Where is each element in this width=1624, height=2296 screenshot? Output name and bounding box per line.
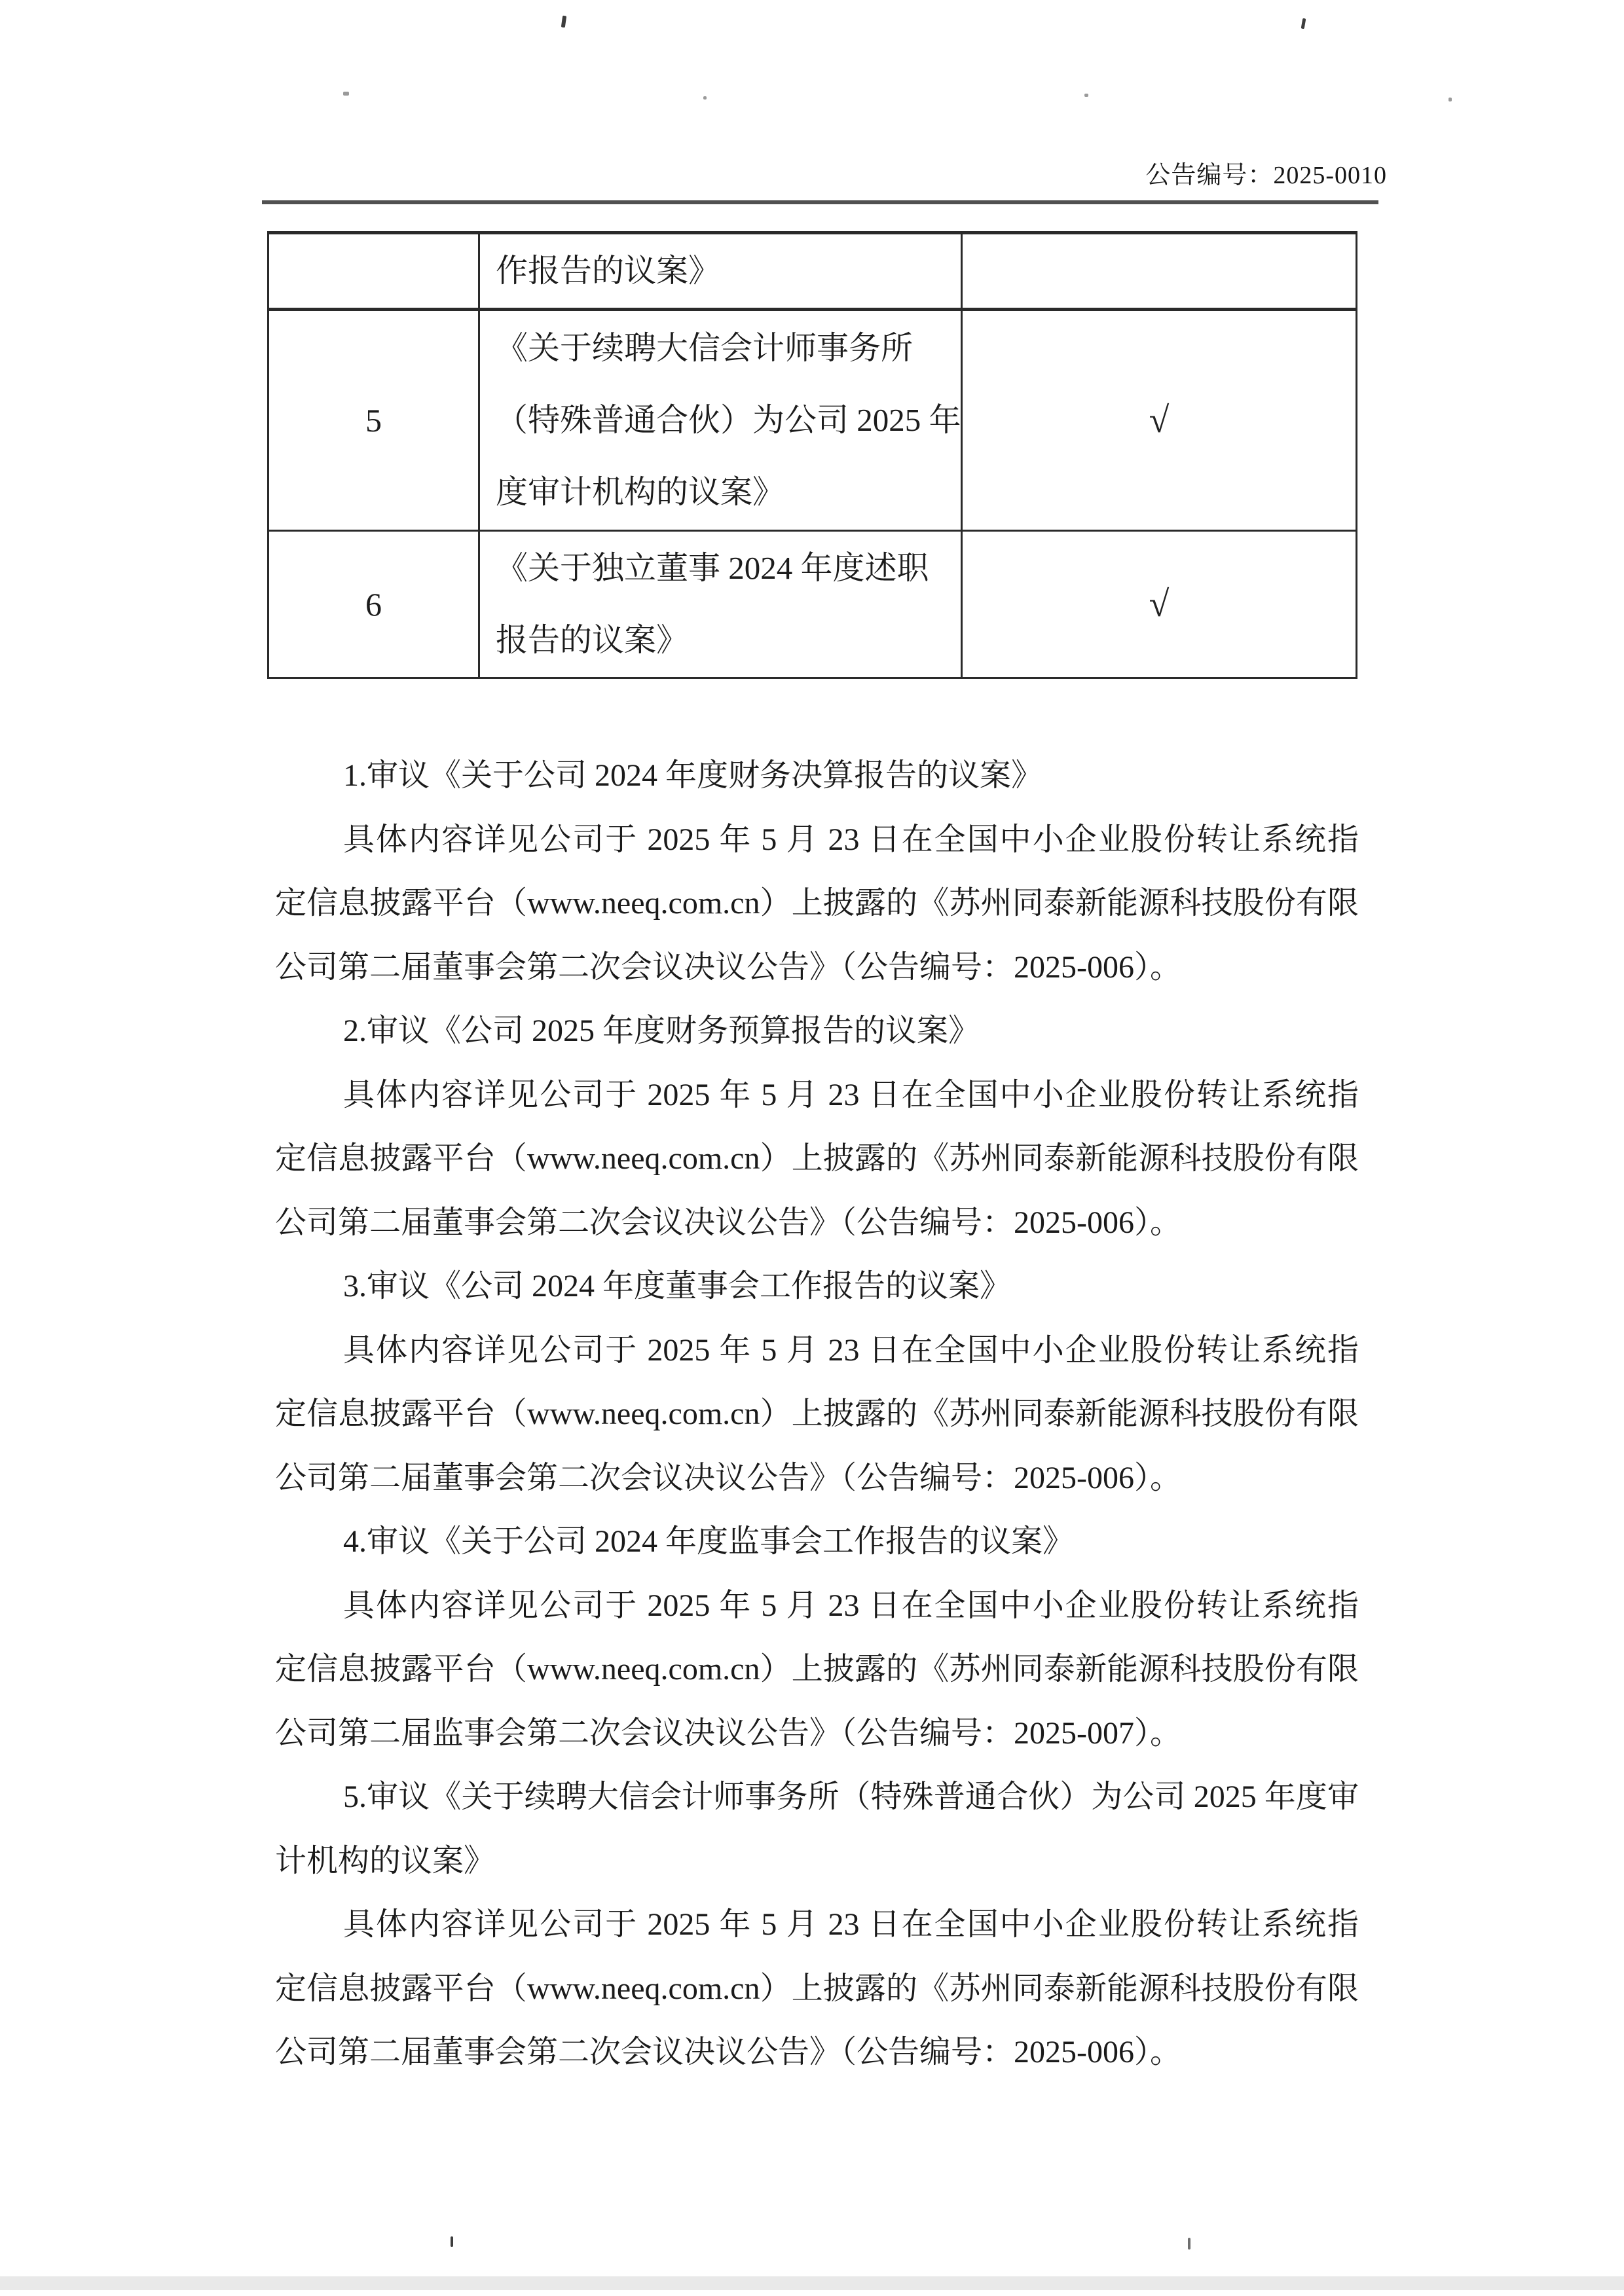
vote-result-cell: √ (962, 310, 1357, 531)
proposal-title-cell: 《关于续聘大信会计师事务所（特殊普通合伙）为公司 2025 年度审计机构的议案》 (479, 310, 962, 531)
body-line: 具体内容详见公司于 2025 年 5 月 23 日在全国中小企业股份转让系统指 (275, 1319, 1359, 1383)
proposal-title-line: 度审计机构的议案》 (496, 456, 954, 528)
scan-speck (1301, 18, 1306, 29)
body-line: 公司第二届董事会第二次会议决议公告》（公告编号：2025-006）。 (275, 936, 1359, 1000)
proposal-section-1: 1.审议《关于公司 2024 年度财务决算报告的议案》具体内容详见公司于 202… (275, 744, 1359, 999)
proposals-table-body: 作报告的议案》5《关于续聘大信会计师事务所（特殊普通合伙）为公司 2025 年度… (268, 233, 1357, 678)
scan-speck (451, 2236, 453, 2247)
proposal-row: 5《关于续聘大信会计师事务所（特殊普通合伙）为公司 2025 年度审计机构的议案… (268, 310, 1357, 531)
proposal-title-cell: 《关于独立董事 2024 年度述职报告的议案》 (479, 531, 962, 678)
proposal-row: 6《关于独立董事 2024 年度述职报告的议案》√ (268, 531, 1357, 678)
proposals-table: 作报告的议案》5《关于续聘大信会计师事务所（特殊普通合伙）为公司 2025 年度… (267, 231, 1357, 679)
proposal-number-cell: 6 (268, 531, 479, 678)
proposal-title-line: 《关于独立董事 2024 年度述职 (496, 532, 954, 604)
proposal-number-cell: 5 (268, 310, 479, 531)
body-line: 定信息披露平台（www.neeq.com.cn）上披露的《苏州同泰新能源科技股份… (275, 1637, 1359, 1702)
body-line: 具体内容详见公司于 2025 年 5 月 23 日在全国中小企业股份转让系统指 (275, 1063, 1359, 1127)
scan-speck (1188, 2238, 1190, 2250)
body-line: 2.审议《公司 2025 年度财务预算报告的议案》 (275, 999, 1359, 1063)
scan-speck (561, 16, 566, 28)
body-line: 定信息披露平台（www.neeq.com.cn）上披露的《苏州同泰新能源科技股份… (275, 1127, 1359, 1191)
body-line: 公司第二届董事会第二次会议决议公告》（公告编号：2025-006）。 (275, 2020, 1359, 2085)
body-line: 4.审议《关于公司 2024 年度监事会工作报告的议案》 (275, 1510, 1359, 1574)
announcement-number: 公告编号：2025-0010 (1145, 155, 1387, 191)
body-line: 公司第二届监事会第二次会议决议公告》（公告编号：2025-007）。 (275, 1702, 1359, 1766)
body-line: 5.审议《关于续聘大信会计师事务所（特殊普通合伙）为公司 2025 年度审 (275, 1765, 1359, 1829)
scan-speck (1449, 98, 1452, 101)
proposal-section-2: 2.审议《公司 2025 年度财务预算报告的议案》具体内容详见公司于 2025 … (275, 999, 1359, 1254)
body-line: 公司第二届董事会第二次会议决议公告》（公告编号：2025-006）。 (275, 1191, 1359, 1255)
body-line: 公司第二届董事会第二次会议决议公告》（公告编号：2025-006）。 (275, 1446, 1359, 1510)
header-divider-rule (262, 200, 1378, 204)
proposal-title-line: 《关于续聘大信会计师事务所 (496, 312, 954, 384)
body-line: 定信息披露平台（www.neeq.com.cn）上披露的《苏州同泰新能源科技股份… (275, 871, 1359, 936)
body-line: 1.审议《关于公司 2024 年度财务决算报告的议案》 (275, 744, 1359, 808)
proposal-number-cell (268, 233, 479, 310)
proposal-title-line: 作报告的议案》 (496, 235, 954, 307)
scanned-announcement-page: 公告编号：2025-0010 作报告的议案》5《关于续聘大信会计师事务所（特殊普… (0, 0, 1624, 2296)
proposal-section-3: 3.审议《公司 2024 年度董事会工作报告的议案》具体内容详见公司于 2025… (275, 1254, 1359, 1510)
scan-speck (1084, 94, 1088, 97)
scan-bottom-shadow (0, 2276, 1624, 2290)
body-line: 定信息披露平台（www.neeq.com.cn）上披露的《苏州同泰新能源科技股份… (275, 1957, 1359, 2021)
proposal-title-cell: 作报告的议案》 (479, 233, 962, 310)
body-line: 具体内容详见公司于 2025 年 5 月 23 日在全国中小企业股份转让系统指 (275, 808, 1359, 872)
body-line: 定信息披露平台（www.neeq.com.cn）上披露的《苏州同泰新能源科技股份… (275, 1382, 1359, 1446)
proposal-title-line: 报告的议案》 (496, 604, 954, 676)
proposal-section-4: 4.审议《关于公司 2024 年度监事会工作报告的议案》具体内容详见公司于 20… (275, 1510, 1359, 1765)
proposal-title-line: （特殊普通合伙）为公司 2025 年 (496, 384, 954, 456)
body-line: 计机构的议案》 (275, 1829, 1359, 1893)
proposal-row: 作报告的议案》 (268, 233, 1357, 310)
body-text: 1.审议《关于公司 2024 年度财务决算报告的议案》具体内容详见公司于 202… (275, 744, 1359, 2085)
vote-result-cell: √ (962, 531, 1357, 678)
body-line: 3.审议《公司 2024 年度董事会工作报告的议案》 (275, 1254, 1359, 1319)
proposal-section-5: 5.审议《关于续聘大信会计师事务所（特殊普通合伙）为公司 2025 年度审计机构… (275, 1765, 1359, 2085)
scan-speck (703, 96, 707, 100)
scan-speck (343, 92, 349, 96)
body-line: 具体内容详见公司于 2025 年 5 月 23 日在全国中小企业股份转让系统指 (275, 1893, 1359, 1957)
vote-result-cell (962, 233, 1357, 310)
body-line: 具体内容详见公司于 2025 年 5 月 23 日在全国中小企业股份转让系统指 (275, 1574, 1359, 1638)
